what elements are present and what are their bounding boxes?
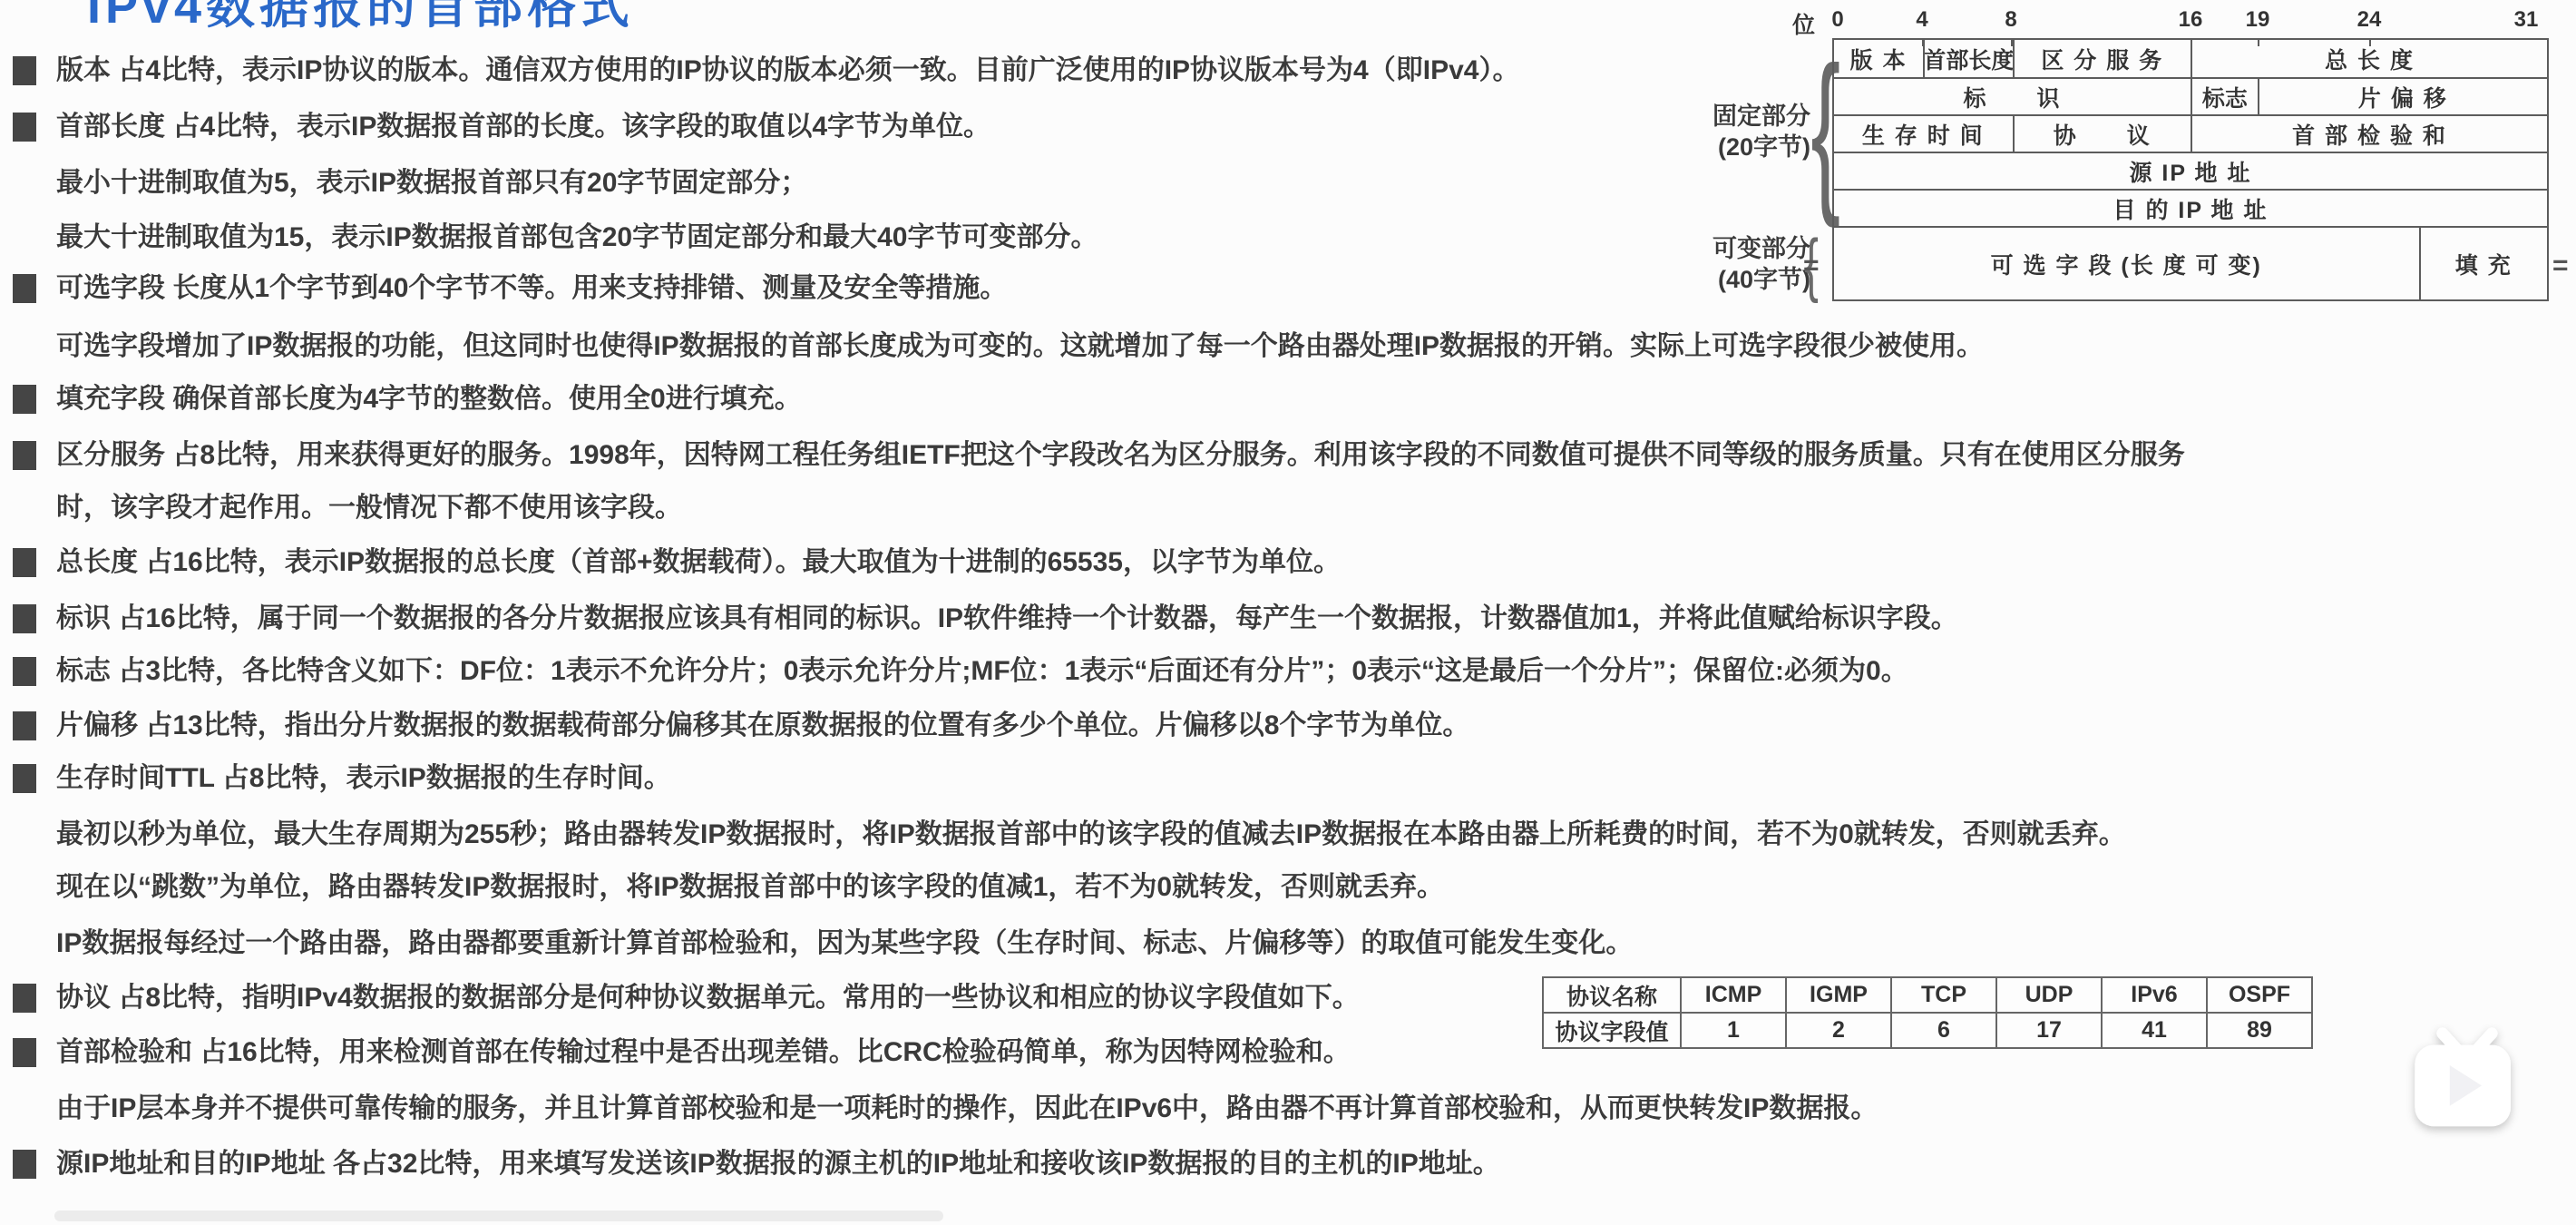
field-identification: 标 识 (1834, 79, 2191, 114)
text-line: 现在以“跳数”为单位，路由器转发IP数据报时，将IP数据报首部中的该字段的值减1… (56, 869, 1444, 906)
bullet-square-icon (13, 56, 36, 85)
bit-tick: 16 (2179, 7, 2203, 33)
field-dscp: 区 分 服 务 (2013, 40, 2191, 77)
field-protocol: 协 议 (2013, 116, 2191, 152)
table-cell: 89 (2207, 1013, 2312, 1048)
text-line: 生存时间TTL 占8比特，表示IP数据报的生存时间。 (56, 760, 671, 797)
text-line: 由于IP层本身并不提供可靠传输的服务，并且计算首部校验和是一项耗时的操作，因此在… (56, 1091, 1878, 1127)
bit-tick: 0 (1831, 7, 1843, 33)
bit-tick: 24 (2357, 7, 2382, 33)
slide-page: IPv4数据报的首部格式 版本 占4比特，表示IP协议的版本。通信双方使用的IP… (0, 0, 2576, 1225)
fixed-part-label: 固定部分(20字节) (1674, 101, 1810, 162)
variable-length-mark-left: = (1803, 250, 1820, 281)
table-header-cell: IGMP (1786, 977, 1891, 1013)
bit-tick: 8 (2005, 7, 2016, 33)
bullet-square-icon (13, 764, 36, 793)
table-cell: 2 (1786, 1013, 1891, 1048)
text-line: 时，该字段才起作用。一般情况下都不使用该字段。 (56, 490, 682, 526)
table-cell: 17 (1996, 1013, 2102, 1048)
text-line: 协议 占8比特，指明IPv4数据报的数据部分是何种协议数据单元。常用的一些协议和… (56, 980, 1360, 1016)
text-line: 片偏移 占13比特，指出分片数据报的数据载荷部分偏移其在原数据报的位置有多少个单… (56, 708, 1469, 744)
text-line: 区分服务 占8比特，用来获得更好的服务。1998年，因特网工程任务组IETF把这… (56, 437, 2185, 474)
table-cell: 1 (1681, 1013, 1786, 1048)
bullet-square-icon (13, 604, 36, 633)
text-line: 最大十进制取值为15，表示IP数据报首部包含20字节固定部分和最大40字节可变部… (56, 220, 1098, 256)
bullet-square-icon (13, 984, 36, 1013)
field-source-ip: 源 IP 地 址 (1834, 153, 2547, 189)
text-line: 最小十进制取值为5，表示IP数据报首部只有20字节固定部分； (56, 165, 807, 201)
field-options: 可 选 字 段 (长 度 可 变) (1834, 228, 2419, 299)
bit-tick: 31 (2514, 7, 2539, 33)
text-line: 标识 占16比特，属于同一个数据报的各分片数据报应该具有相同的标识。IP软件维持… (56, 601, 1958, 637)
field-header-checksum: 首 部 检 验 和 (2191, 116, 2547, 152)
text-line: 源IP地址和目的IP地址 各占32比特，用来填写发送该IP数据报的源主机的IP地… (56, 1146, 1500, 1182)
text-line: 总长度 占16比特，表示IP数据报的总长度（首部+数据载荷）。最大取值为十进制的… (56, 544, 1341, 581)
text-line: 首部长度 占4比特，表示IP数据报首部的长度。该字段的取值以4字节为单位。 (56, 109, 990, 145)
text-line: IP数据报每经过一个路由器，路由器都要重新计算首部检验和，因为某些字段（生存时间… (56, 926, 1633, 962)
page-title: IPv4数据报的首部格式 (87, 0, 634, 37)
table-cell: 6 (1891, 1013, 1996, 1048)
bullet-square-icon (13, 441, 36, 470)
bullet-square-icon (13, 711, 36, 740)
bullet-square-icon (13, 385, 36, 414)
field-total-length: 总 长 度 (2191, 40, 2547, 77)
variable-part-label: 可变部分(40字节) (1674, 233, 1810, 295)
field-flags: 标志 (2191, 79, 2258, 114)
bullet-square-icon (13, 657, 36, 686)
field-version: 版 本 (1834, 40, 1923, 77)
bit-tick: 4 (1916, 7, 1927, 33)
bullet-square-icon (13, 548, 36, 577)
bullet-square-icon (13, 1038, 36, 1067)
text-line: 首部检验和 占16比特，用来检测首部在传输过程中是否出现差错。比CRC检验码简单… (56, 1034, 1351, 1071)
table-row: 协议字段值 1 2 6 17 41 89 (1543, 1013, 2312, 1048)
video-player-tv-play-icon[interactable] (2395, 1022, 2540, 1167)
text-line: 填充字段 确保首部长度为4字节的整数倍。使用全0进行填充。 (56, 381, 802, 417)
variable-length-mark-right: = (2552, 250, 2569, 281)
text-line: 可选字段增加了IP数据报的功能，但这同时也使得IP数据报的首部长度成为可变的。这… (56, 328, 1984, 365)
table-header-cell: OSPF (2207, 977, 2312, 1013)
table-header-cell: ICMP (1681, 977, 1786, 1013)
text-line: 标志 占3比特，各比特含义如下：DF位：1表示不允许分片；0表示允许分片;MF位… (56, 653, 1908, 690)
field-ttl: 生 存 时 间 (1834, 116, 2013, 152)
field-destination-ip: 目 的 IP 地 址 (1834, 191, 2547, 226)
ip-header-diagram: 0 4 8 16 19 24 31 版 本 首部长度 区 分 服 务 总 长 度… (1832, 38, 2549, 301)
table-header-cell: IPv6 (2102, 977, 2207, 1013)
table-header-cell: UDP (1996, 977, 2102, 1013)
bit-tick: 19 (2246, 7, 2270, 33)
table-cell: 41 (2102, 1013, 2207, 1048)
table-cell: 协议字段值 (1543, 1013, 1681, 1048)
field-padding: 填 充 (2419, 228, 2547, 299)
field-fragment-offset: 片 偏 移 (2258, 79, 2547, 114)
bullet-square-icon (13, 274, 36, 303)
table-header-cell: TCP (1891, 977, 1996, 1013)
page-bottom-shadow (54, 1210, 943, 1221)
bullet-square-icon (13, 113, 36, 142)
text-line: 可选字段 长度从1个字节到40个字节不等。用来支持排错、测量及安全等措施。 (56, 270, 1007, 307)
text-line: 最初以秒为单位，最大生存周期为255秒；路由器转发IP数据报时，将IP数据报首部… (56, 817, 2126, 853)
text-line: 版本 占4比特，表示IP协议的版本。通信双方使用的IP协议的版本必须一致。目前广… (56, 53, 1519, 89)
field-header-length: 首部长度 (1923, 40, 2012, 77)
table-row: 协议名称 ICMP IGMP TCP UDP IPv6 OSPF (1543, 977, 2312, 1013)
bullet-square-icon (13, 1150, 36, 1179)
table-header-cell: 协议名称 (1543, 977, 1681, 1013)
protocol-value-table: 协议名称 ICMP IGMP TCP UDP IPv6 OSPF 协议字段值 1… (1542, 976, 2313, 1049)
